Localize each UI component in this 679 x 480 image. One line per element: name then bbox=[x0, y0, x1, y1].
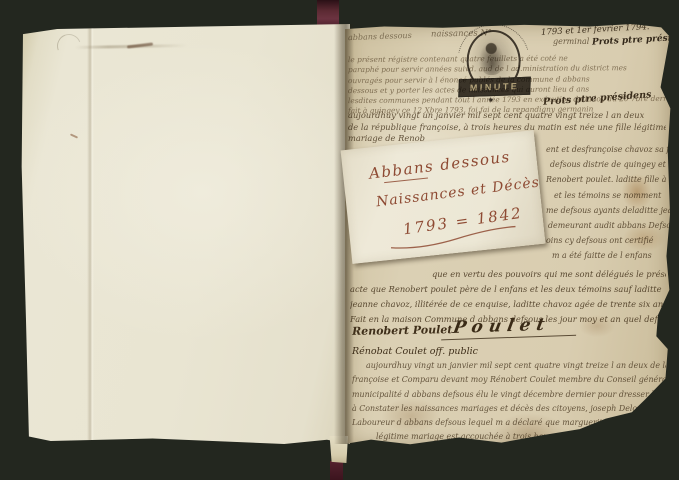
book-scan-stage: abbans dessous naissances N° 1793 et 1er… bbox=[0, 0, 679, 480]
paper-speck bbox=[70, 133, 78, 138]
entry-line: municipalité d abbans defsous élu le vin… bbox=[352, 388, 666, 402]
bleedthrough-mark bbox=[53, 30, 85, 62]
fragment-line: et les témoins se nomment bbox=[554, 188, 670, 203]
entry-line: Laboureur d abbans defsous lequel m a dé… bbox=[352, 416, 666, 430]
fragment-line: Renobert poulet. laditte fille à bbox=[546, 172, 670, 187]
page-fold-crease bbox=[87, 24, 94, 444]
minute-stamp: MINUTE ✦ bbox=[451, 27, 536, 116]
header-place-name: abbans dessous bbox=[348, 31, 412, 42]
fragment-line: me defsous ayants deladitte jeanne bbox=[546, 203, 670, 218]
book-spine-bottom bbox=[330, 461, 343, 480]
fragment-line: ent et desfrançoise chavoz sa femme bbox=[546, 142, 670, 157]
fragment-line: oins cy defsous ont certifié bbox=[546, 233, 670, 248]
signature-flourish: Poulet bbox=[441, 314, 580, 341]
signature-declarant: Renobert Poulet bbox=[352, 323, 453, 338]
entry-line: à Constater les naissances mariages et d… bbox=[352, 402, 666, 416]
archival-label-slip: Abbans dessous Naissances et Décès 1793 … bbox=[341, 130, 546, 264]
entry-line: aujourdhuy vingt un janvier mil sept cen… bbox=[366, 359, 666, 373]
header-president-signoff: Prots ptre présidens bbox=[592, 32, 671, 47]
header-month: germinal bbox=[553, 37, 589, 46]
act-line: acte que Renobert poulet père de l enfan… bbox=[350, 282, 666, 297]
left-page-blank bbox=[21, 24, 350, 444]
birth-entry-2: aujourdhuy vingt un janvier mil sept cen… bbox=[352, 359, 666, 445]
entry-line: légitime mariage est accouchée à trois h… bbox=[376, 430, 666, 444]
signature-officer: Rénobat Coulet off. public bbox=[352, 346, 478, 357]
fragment-line: defsous distrie de quingey et de bbox=[550, 157, 670, 172]
fragment-line: demeurant audit abbans Defsous bbox=[548, 218, 670, 233]
fragment-line: m a été faitte de l enfans bbox=[552, 248, 670, 263]
entry-line: françoise et Comparu devant moy Rénobert… bbox=[352, 373, 666, 387]
stamp-banner-label: MINUTE bbox=[458, 77, 531, 98]
page-corner-tab bbox=[328, 436, 348, 463]
stamp-ornament-icon: ✦ bbox=[487, 96, 495, 106]
act-line: que en vertu des pouvoirs qui me sont dé… bbox=[432, 267, 666, 282]
act-line: jeanne chavoz, illitérée de ce enquise, … bbox=[350, 297, 666, 312]
entry-1-right-fragments: ent et desfrançoise chavoz sa femmedefso… bbox=[546, 142, 670, 264]
slip-place-title: Abbans dessous bbox=[368, 148, 512, 183]
entry-line: de la république françoise, à trois heur… bbox=[348, 122, 666, 134]
